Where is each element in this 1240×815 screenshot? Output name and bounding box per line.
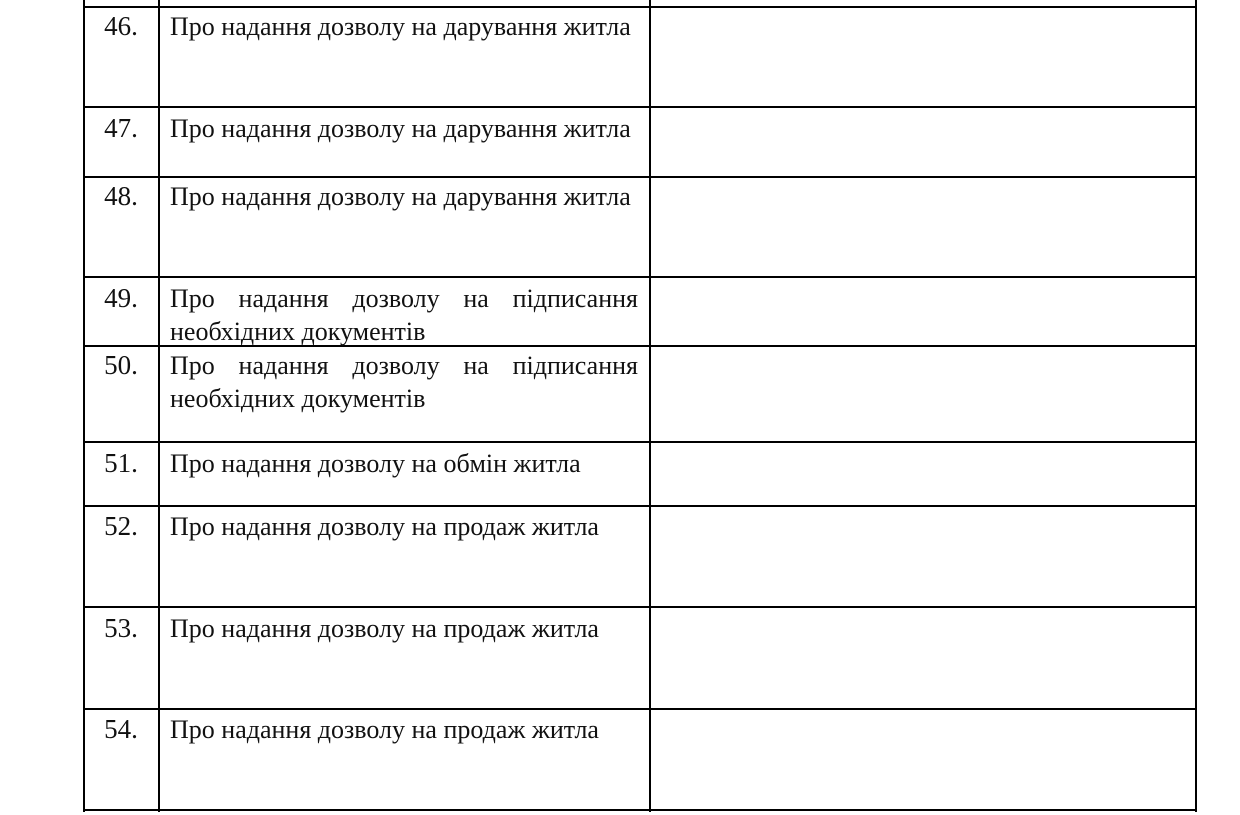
row-notes-cell bbox=[651, 610, 1197, 708]
row-number: 53. bbox=[83, 612, 159, 645]
row-number: 47. bbox=[83, 112, 159, 145]
row-divider bbox=[83, 708, 1197, 710]
row-notes-cell bbox=[651, 445, 1197, 505]
row-notes-cell bbox=[651, 711, 1197, 809]
row-description: Про надання дозволу на продаж житла bbox=[170, 510, 638, 543]
row-notes-cell bbox=[651, 347, 1197, 441]
table-row: 54. Про надання дозволу на продаж житла bbox=[83, 711, 1197, 809]
table-row: 53. Про надання дозволу на продаж житла bbox=[83, 610, 1197, 708]
row-number: 46. bbox=[83, 10, 159, 43]
row-number: 51. bbox=[83, 447, 159, 480]
row-number: 49. bbox=[83, 282, 159, 315]
row-notes-cell bbox=[651, 508, 1197, 606]
table-row: 48. Про надання дозволу на дарування жит… bbox=[83, 178, 1197, 276]
table-row: 50. Про надання дозволу на підписання не… bbox=[83, 347, 1197, 441]
row-number: 54. bbox=[83, 713, 159, 746]
row-notes-cell bbox=[651, 110, 1197, 176]
row-description: Про надання дозволу на підписання необхі… bbox=[170, 349, 638, 415]
table-border-bottom bbox=[83, 809, 1197, 811]
row-notes-cell bbox=[651, 8, 1197, 106]
row-description: Про надання дозволу на підписання необхі… bbox=[170, 282, 638, 348]
table-row: 46. Про надання дозволу на дарування жит… bbox=[83, 8, 1197, 106]
row-divider bbox=[83, 505, 1197, 507]
table-row: 52. Про надання дозволу на продаж житла bbox=[83, 508, 1197, 606]
table-row: 49. Про надання дозволу на підписання не… bbox=[83, 280, 1197, 345]
row-description: Про надання дозволу на дарування житла bbox=[170, 10, 638, 43]
row-divider bbox=[83, 276, 1197, 278]
row-divider bbox=[83, 106, 1197, 108]
table-row: 51. Про надання дозволу на обмін житла bbox=[83, 445, 1197, 505]
row-description: Про надання дозволу на дарування житла bbox=[170, 112, 638, 145]
row-notes-cell bbox=[651, 178, 1197, 276]
table-row: 47. Про надання дозволу на дарування жит… bbox=[83, 110, 1197, 176]
row-description: Про надання дозволу на обмін житла bbox=[170, 447, 638, 480]
row-divider bbox=[83, 441, 1197, 443]
row-description: Про надання дозволу на продаж житла bbox=[170, 713, 638, 746]
row-number: 52. bbox=[83, 510, 159, 543]
row-notes-cell bbox=[651, 280, 1197, 345]
row-divider bbox=[83, 606, 1197, 608]
row-description: Про надання дозволу на продаж житла bbox=[170, 612, 638, 645]
row-number: 50. bbox=[83, 349, 159, 382]
row-description: Про надання дозволу на дарування житла bbox=[170, 180, 638, 213]
row-number: 48. bbox=[83, 180, 159, 213]
